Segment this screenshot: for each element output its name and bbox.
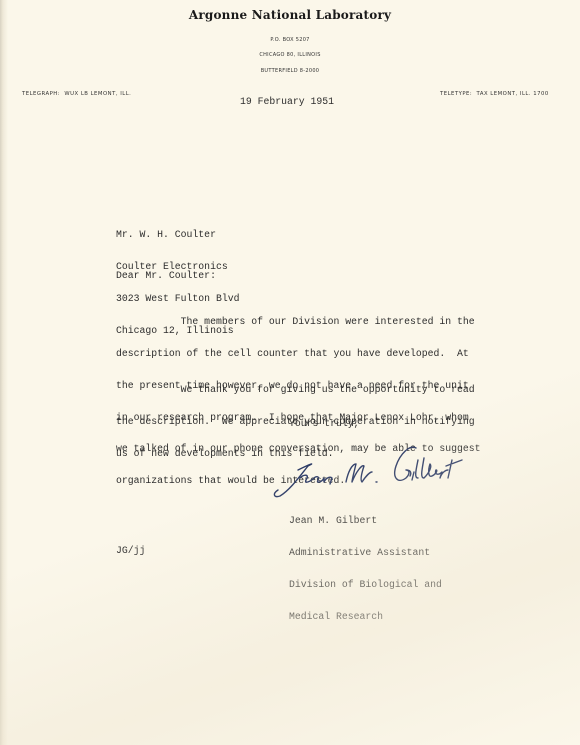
handwritten-signature (270, 440, 470, 500)
body-line: We thank you for giving us the opportuni… (116, 385, 475, 396)
salutation: Dear Mr. Coulter: (116, 271, 216, 282)
letterhead-address-line: P.O. BOX 5207 (0, 38, 580, 43)
signer-name: Jean M. Gilbert (289, 516, 442, 527)
letterhead-address-line: BUTTERFIELD 8-2000 (0, 69, 580, 74)
closing: Yours truly, (289, 419, 360, 430)
recipient-line: Mr. W. H. Coulter (116, 230, 239, 241)
letterhead-telegraph: TELEGRAPH: WUX LB LEMONT, ILL. (22, 91, 131, 97)
signer-division: Medical Research (289, 612, 442, 623)
letter-page: Argonne National Laboratory P.O. BOX 520… (0, 0, 580, 745)
body-line: The members of our Division were interes… (116, 317, 481, 328)
reference-initials: JG/jj (116, 546, 145, 557)
letterhead-address: P.O. BOX 5207 CHICAGO 80, ILLINOIS BUTTE… (0, 27, 580, 85)
letter-date: 19 February 1951 (240, 97, 334, 108)
signer-title: Administrative Assistant (289, 548, 442, 559)
signature-block: Jean M. Gilbert Administrative Assistant… (289, 495, 442, 643)
letterhead-teletype: TELETYPE: TAX LEMONT, ILL. 1700 (440, 91, 549, 97)
signer-division: Division of Biological and (289, 580, 442, 591)
letterhead-organization: Argonne National Laboratory (0, 8, 580, 22)
letterhead-address-line: CHICAGO 80, ILLINOIS (0, 53, 580, 58)
body-line: description of the cell counter that you… (116, 349, 481, 360)
